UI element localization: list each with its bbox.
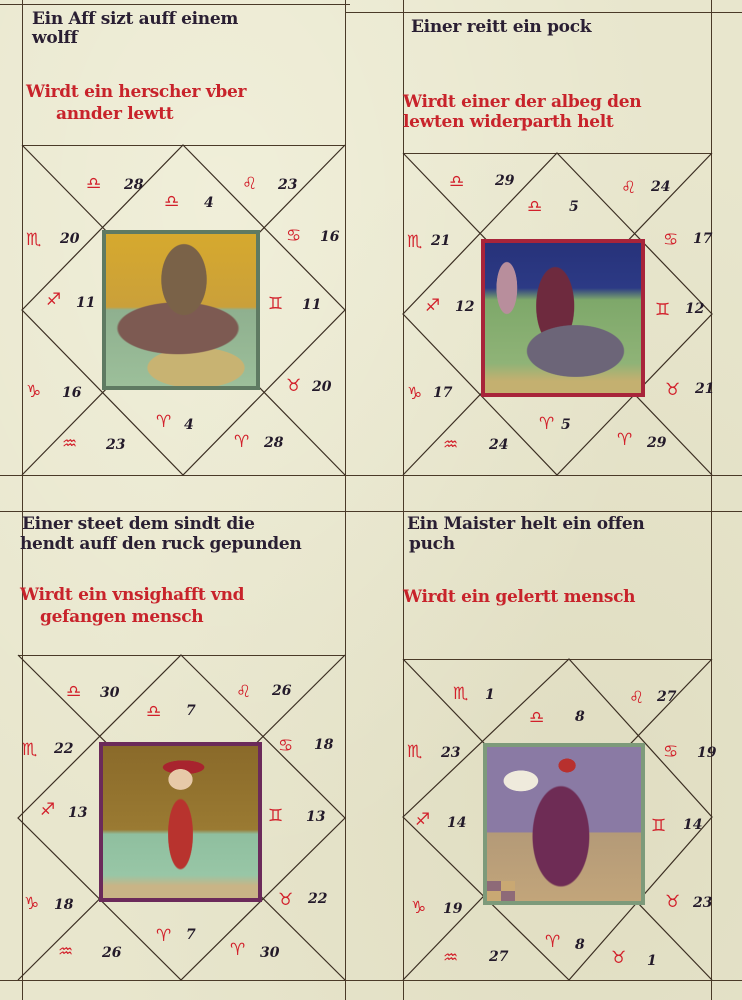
sign-scorpio-icon: ♏ xyxy=(26,231,41,249)
caption-red-line-1: Wirdt ein herscher vber xyxy=(26,82,246,102)
sign-taurus-icon: ♉ xyxy=(286,377,301,395)
sign-cancer-icon: ♋ xyxy=(663,743,678,761)
sign-libra-icon: ♎ xyxy=(146,703,161,721)
sign-scorpio-icon: ♏ xyxy=(22,741,37,759)
degree: 16 xyxy=(62,385,81,401)
panel-bottom-right: Ein Maister helt ein offen puch Wirdt ei… xyxy=(403,511,712,980)
caption-black-line-2: hendt auff den ruck gepunden xyxy=(20,535,301,554)
sign-cancer-icon: ♋ xyxy=(278,737,293,755)
degree: 22 xyxy=(54,741,73,757)
sign-scorpio-icon: ♏ xyxy=(407,233,422,251)
degree: 24 xyxy=(651,179,670,195)
sign-cancer-icon: ♋ xyxy=(286,227,301,245)
degree: 17 xyxy=(693,231,712,247)
degree: 11 xyxy=(76,295,95,311)
degree: 13 xyxy=(306,809,325,825)
degree: 29 xyxy=(647,435,666,451)
panel-bottom-left: Einer steet dem sindt die hendt auff den… xyxy=(18,511,345,980)
caption-black-line-1: Einer reitt ein pock xyxy=(411,18,591,37)
degree: 26 xyxy=(272,683,291,699)
rule-row1-bottom xyxy=(0,475,742,476)
degree: 7 xyxy=(186,703,196,719)
horoscope-chart: ♎ 28 ♎ 4 ♌ 23 ♏ 20 ♋ 16 ♐ 11 ♊ 11 ♑ 16 ♉… xyxy=(22,145,345,475)
sign-gemini-icon: ♊ xyxy=(268,295,283,313)
degree: 12 xyxy=(455,299,474,315)
sign-gemini-icon: ♊ xyxy=(268,807,283,825)
sign-scorpio-icon: ♏ xyxy=(453,685,468,703)
horoscope-chart: ♏ 1 ♎ 8 ♌ 27 ♏ 23 ♋ 19 ♐ 14 ♊ 14 ♑ 19 ♉ … xyxy=(403,659,712,980)
caption-black-line-1: Einer steet dem sindt die xyxy=(22,515,255,534)
degree: 17 xyxy=(433,385,452,401)
degree: 24 xyxy=(489,437,508,453)
sign-sagittarius-icon: ♐ xyxy=(415,811,430,829)
degree: 1 xyxy=(647,953,657,969)
sign-capricorn-icon: ♑ xyxy=(407,385,422,403)
sign-cancer-icon: ♋ xyxy=(663,231,678,249)
sign-capricorn-icon: ♑ xyxy=(26,383,41,401)
sign-libra-icon: ♎ xyxy=(66,683,81,701)
degree: 28 xyxy=(124,177,143,193)
degree: 22 xyxy=(308,891,327,907)
sign-sagittarius-icon: ♐ xyxy=(46,291,61,309)
sign-libra-icon: ♎ xyxy=(527,198,542,216)
degree: 7 xyxy=(186,927,196,943)
sign-taurus-icon: ♉ xyxy=(278,891,293,909)
sign-libra-icon: ♎ xyxy=(86,175,101,193)
degree: 26 xyxy=(102,945,121,961)
sign-sagittarius-icon: ♐ xyxy=(425,297,440,315)
caption-red-line-2: gefangen mensch xyxy=(40,607,203,627)
degree: 21 xyxy=(695,381,714,397)
sign-gemini-icon: ♊ xyxy=(651,817,666,835)
miniature-ape-on-wolf xyxy=(102,230,260,390)
sign-taurus-icon: ♉ xyxy=(665,381,680,399)
degree: 29 xyxy=(495,173,514,189)
miniature-scholar-with-book xyxy=(483,743,645,905)
manuscript-page: Ein Aff sizt auff einem wolff Wirdt ein … xyxy=(0,0,742,1000)
sign-leo-icon: ♌ xyxy=(629,689,644,707)
degree: 20 xyxy=(60,231,79,247)
degree: 27 xyxy=(489,949,508,965)
degree: 27 xyxy=(657,689,676,705)
sign-aries-icon: ♈ xyxy=(156,927,171,945)
degree: 14 xyxy=(447,815,466,831)
sign-aquarius-icon: ♒ xyxy=(443,949,458,967)
sign-libra-icon: ♎ xyxy=(164,193,179,211)
degree: 28 xyxy=(264,435,283,451)
caption-black-line-1: Ein Maister helt ein offen xyxy=(407,515,644,534)
sign-leo-icon: ♌ xyxy=(621,179,636,197)
sign-aquarius-icon: ♒ xyxy=(62,435,77,453)
degree: 16 xyxy=(320,229,339,245)
panel-top-right: Einer reitt ein pock Wirdt einer der alb… xyxy=(403,12,712,475)
sign-capricorn-icon: ♑ xyxy=(24,895,39,913)
degree: 8 xyxy=(575,937,585,953)
sign-taurus-icon: ♉ xyxy=(665,893,680,911)
degree: 8 xyxy=(575,709,585,725)
degree: 4 xyxy=(204,195,214,211)
panel-top-left: Ein Aff sizt auff einem wolff Wirdt ein … xyxy=(22,4,345,475)
sign-capricorn-icon: ♑ xyxy=(411,899,426,917)
degree: 30 xyxy=(100,685,119,701)
sign-libra-icon: ♎ xyxy=(449,173,464,191)
caption-red-line-2: lewten widerparth helt xyxy=(403,112,613,132)
degree: 13 xyxy=(68,805,87,821)
horoscope-chart: ♎ 29 ♎ 5 ♌ 24 ♏ 21 ♋ 17 ♐ 12 ♊ 12 ♑ 17 ♉… xyxy=(403,153,712,475)
sign-gemini-icon: ♊ xyxy=(655,301,670,319)
sign-leo-icon: ♌ xyxy=(242,175,257,193)
degree: 5 xyxy=(561,417,571,433)
caption-red-line-2: annder lewtt xyxy=(56,104,173,124)
degree: 1 xyxy=(485,687,495,703)
miniature-bound-man xyxy=(99,742,262,902)
sign-aquarius-icon: ♒ xyxy=(58,943,73,961)
degree: 30 xyxy=(260,945,279,961)
sign-aries-icon: ♈ xyxy=(230,941,245,959)
caption-black-line-2: puch xyxy=(409,535,455,554)
sign-scorpio-icon: ♏ xyxy=(407,743,422,761)
degree: 23 xyxy=(693,895,712,911)
degree: 5 xyxy=(569,199,579,215)
sign-aries-icon: ♈ xyxy=(156,413,171,431)
degree: 18 xyxy=(314,737,333,753)
degree: 23 xyxy=(278,177,297,193)
caption-black-line-2: wolff xyxy=(32,29,78,48)
sign-leo-icon: ♌ xyxy=(236,683,251,701)
caption-red-line-1: Wirdt ein gelertt mensch xyxy=(403,587,635,607)
sign-aries-icon: ♈ xyxy=(617,431,632,449)
degree: 19 xyxy=(697,745,716,761)
degree: 23 xyxy=(441,745,460,761)
degree: 4 xyxy=(184,417,194,433)
degree: 21 xyxy=(431,233,450,249)
miniature-man-riding-goat xyxy=(481,239,645,397)
degree: 18 xyxy=(54,897,73,913)
degree: 11 xyxy=(302,297,321,313)
sign-libra-icon: ♎ xyxy=(529,709,544,727)
caption-black-line-1: Ein Aff sizt auff einem xyxy=(32,10,238,29)
sign-aries-icon: ♈ xyxy=(545,933,560,951)
sign-aquarius-icon: ♒ xyxy=(443,436,458,454)
degree: 14 xyxy=(683,817,702,833)
sign-sagittarius-icon: ♐ xyxy=(40,801,55,819)
degree: 12 xyxy=(685,301,704,317)
rule-left-inner xyxy=(345,0,346,1000)
rule-row2-bottom xyxy=(0,980,742,981)
degree: 19 xyxy=(443,901,462,917)
caption-red-line-1: Wirdt ein vnsighafft vnd xyxy=(20,585,244,605)
degree: 20 xyxy=(312,379,331,395)
sign-aries-icon: ♈ xyxy=(539,415,554,433)
caption-red-line-1: Wirdt einer der albeg den xyxy=(403,92,641,112)
sign-taurus-icon: ♉ xyxy=(611,949,626,967)
degree: 23 xyxy=(106,437,125,453)
horoscope-chart: ♎ 30 ♎ 7 ♌ 26 ♏ 22 ♋ 18 ♐ 13 ♊ 13 ♑ 18 ♉… xyxy=(18,655,345,980)
sign-aries-icon: ♈ xyxy=(234,433,249,451)
